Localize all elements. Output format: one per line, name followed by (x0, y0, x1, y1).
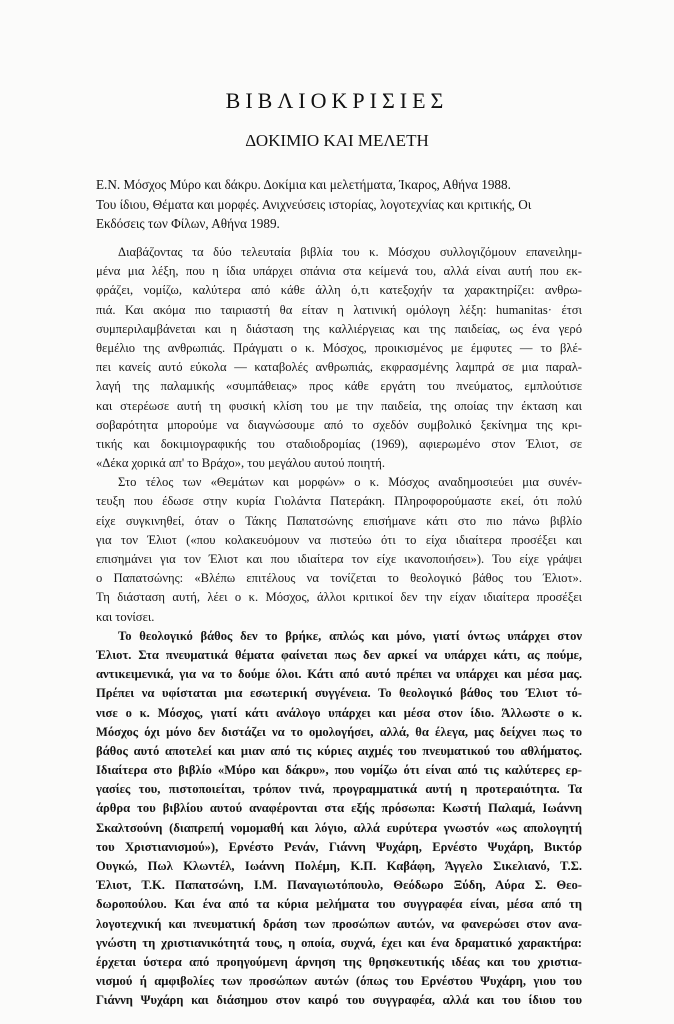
body-line: λαγή της παλαμικής «συμπάθειας» προς κάθ… (96, 377, 582, 396)
section-subtitle: ΔΟΚΙΜΙΟ ΚΑΙ ΜΕΛΕΤΗ (0, 131, 674, 151)
body-line: είχε συγκινηθεί, όταν ο Τάκης Παπατσώνης… (96, 512, 582, 531)
page-title: ΒΙΒΛΙΟΚΡΙΣΙΕΣ (0, 88, 674, 114)
body-line: Γιάννη Ψυχάρη και διάσημου στον καιρό το… (96, 991, 582, 1010)
body-line: Στο τέλος των «Θεμάτων και μορφών» ο κ. … (96, 473, 582, 492)
body-line: έρχεται ύστερα από προηγούμενη άρνηση τη… (96, 953, 582, 972)
document-page: ΒΙΒΛΙΟΚΡΙΣΙΕΣ ΔΟΚΙΜΙΟ ΚΑΙ ΜΕΛΕΤΗ Ε.Ν. Μό… (0, 0, 674, 1024)
body-line: τευξη που έδωσε στην κυρία Γιολάντα Πατε… (96, 492, 582, 511)
body-line: του Χριστιανισμού»), Ερνέστο Ρενάν, Γιάν… (96, 838, 582, 857)
body-line: τικής και δοκιμιογραφικής του σταδιοδρομ… (96, 435, 582, 454)
body-line: Ιδιαίτερα στο βιβλίο «Μύρο και δάκρυ», π… (96, 761, 582, 780)
body-line: συμπεριλαμβάνεται και η διάσταση της καλ… (96, 320, 582, 339)
body-line: Έλιοτ. Στα πνευματικά θέματα φαίνεται πω… (96, 646, 582, 665)
body-line: σοβαρότητα μπορούμε να διαγνώσουμε από τ… (96, 416, 582, 435)
body-line: Έλιοτ, Τ.Κ. Παπατσώνη, Ι.Μ. Παναγιωτόπου… (96, 876, 582, 895)
bibliography-line: Εκδόσεις των Φίλων, Αθήνα 1989. (96, 214, 596, 234)
body-line: και τονίσει. (96, 608, 582, 627)
body-line: πιά. Και ακόμα πιο ταιριαστή θα είταν η … (96, 301, 582, 320)
body-line: και στερέωσε αυτή τη φυσική κλίση του με… (96, 397, 582, 416)
body-line: Τη διάσταση αυτή, λέει ο κ. Μόσχος, άλλο… (96, 588, 582, 607)
body-line: νισμού ή αμφιβολίες των προσώπων αυτών (… (96, 972, 582, 991)
body-line: άρθρα του βιβλίου αυτού αναφέρονται στα … (96, 799, 582, 818)
body-line: φράζει, νομίζω, καλύτερα από κάθε άλλη ό… (96, 281, 582, 300)
body-line: θεμέλιο της ανθρωπιάς. Πράγματι ο κ. Μόσ… (96, 339, 582, 358)
body-line: γασίες του, πιστοποιείται, τρόπον τινά, … (96, 780, 582, 799)
body-line: αντικειμενικά, για να το δούμε όλοι. Κάτ… (96, 665, 582, 684)
body-line: Το θεολογικό βάθος δεν το βρήκε, απλώς κ… (96, 627, 582, 646)
body-line: για τον Έλιοτ («που κολακευόμουν να πιστ… (96, 531, 582, 550)
review-body: Διαβάζοντας τα δύο τελευταία βιβλία του … (96, 243, 582, 1011)
body-line: λογοτεχνική και πνευματική δράση των προ… (96, 915, 582, 934)
body-line: Σκαλτσούνη (διαπρεπή νομομαθή και λόγιο,… (96, 819, 582, 838)
body-line: νισε ο κ. Μόσχος, γιατί κάτι ανάλογο υπά… (96, 704, 582, 723)
body-line: δωροπούλου. Και ένα από τα κύρια μελήματ… (96, 895, 582, 914)
body-line: ο Παπατσώνης: «Βλέπω επιτέλους να τονίζε… (96, 569, 582, 588)
body-line: «Δέκα χορικά απ' το Βράχο», του μεγάλου … (96, 454, 582, 473)
body-line: Πρέπει να υφίσταται μια εσωτερική συγγέν… (96, 684, 582, 703)
body-line: μένα μια λέξη, που η ίδια υπάρχει σπάνια… (96, 262, 582, 281)
body-line: γνώστη τη χριστιανικότητά τους, η οποία,… (96, 934, 582, 953)
body-line: Μόσχος όχι μόνο δεν διστάζει να το ομολο… (96, 723, 582, 742)
bibliography-entry: Ε.Ν. Μόσχος Μύρο και δάκρυ. Δοκίμια και … (96, 175, 596, 234)
body-line: βάθος αυτό αποτελεί και μιαν από τις κύρ… (96, 742, 582, 761)
bibliography-line: Του ίδιου, Θέματα και μορφές. Ανιχνεύσει… (96, 195, 596, 215)
bibliography-line: Ε.Ν. Μόσχος Μύρο και δάκρυ. Δοκίμια και … (96, 175, 596, 195)
body-line: Ουγκώ, Πωλ Κλωντέλ, Ιωάννη Πολέμη, Κ.Π. … (96, 857, 582, 876)
body-line: Διαβάζοντας τα δύο τελευταία βιβλία του … (96, 243, 582, 262)
body-line: επισημάνει για τον Έλιοτ και που ιδιαίτε… (96, 550, 582, 569)
body-line: πει κανείς αυτό εύκολα — καταβολές ανθρω… (96, 358, 582, 377)
